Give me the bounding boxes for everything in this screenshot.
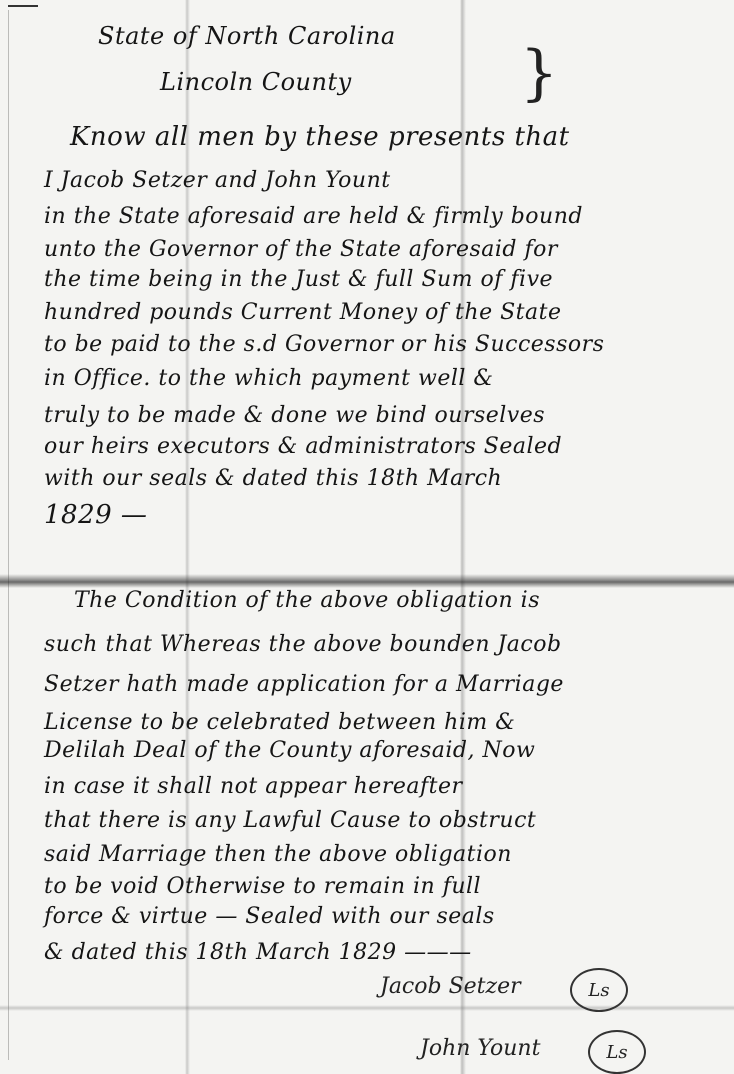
heading-state: State of North Carolina: [98, 22, 396, 50]
bond-line: the time being in the Just & full Sum of…: [44, 267, 553, 292]
heading-county: Lincoln County: [160, 68, 352, 96]
signature-jacob-setzer: Jacob Setzer: [380, 974, 521, 999]
condition-line: such that Whereas the above bounden Jaco…: [44, 632, 562, 657]
condition-line: & dated this 18th March 1829 ———: [44, 940, 472, 965]
bond-line: I Jacob Setzer and John Yount: [44, 168, 391, 193]
margin-line: [8, 10, 9, 1060]
bond-line: our heirs executors & administrators Sea…: [44, 434, 562, 459]
corner-mark: [8, 2, 38, 7]
condition-line: that there is any Lawful Cause to obstru…: [44, 808, 536, 833]
fold-crease-lower: [0, 1005, 734, 1011]
signature-john-yount: John Yount: [420, 1036, 540, 1061]
bond-line-year: 1829 —: [44, 500, 147, 530]
condition-line: in case it shall not appear hereafter: [44, 774, 463, 799]
bond-line: unto the Governor of the State aforesaid…: [44, 237, 558, 262]
seal-mark: Ls: [570, 968, 628, 1012]
condition-line: force & virtue — Sealed with our seals: [44, 904, 495, 929]
fold-crease: [0, 574, 734, 588]
seal-mark: Ls: [588, 1030, 646, 1074]
condition-line: said Marriage then the above obligation: [44, 842, 512, 867]
brace-mark: }: [520, 38, 544, 108]
condition-line: Delilah Deal of the County aforesaid, No…: [44, 738, 535, 763]
bond-line: in the State aforesaid are held & firmly…: [44, 204, 583, 229]
bond-line: in Office. to the which payment well &: [44, 366, 494, 391]
bond-line: to be paid to the s.d Governor or his Su…: [44, 332, 604, 357]
bond-line: Know all men by these presents that: [70, 122, 570, 152]
bond-line: with our seals & dated this 18th March: [44, 466, 502, 491]
condition-line: The Condition of the above obligation is: [74, 588, 540, 613]
condition-line: License to be celebrated between him &: [44, 710, 515, 735]
condition-line: Setzer hath made application for a Marri…: [44, 672, 564, 697]
condition-line: to be void Otherwise to remain in full: [44, 874, 481, 899]
bond-line: truly to be made & done we bind ourselve…: [44, 403, 545, 428]
bond-line: hundred pounds Current Money of the Stat…: [44, 300, 561, 325]
